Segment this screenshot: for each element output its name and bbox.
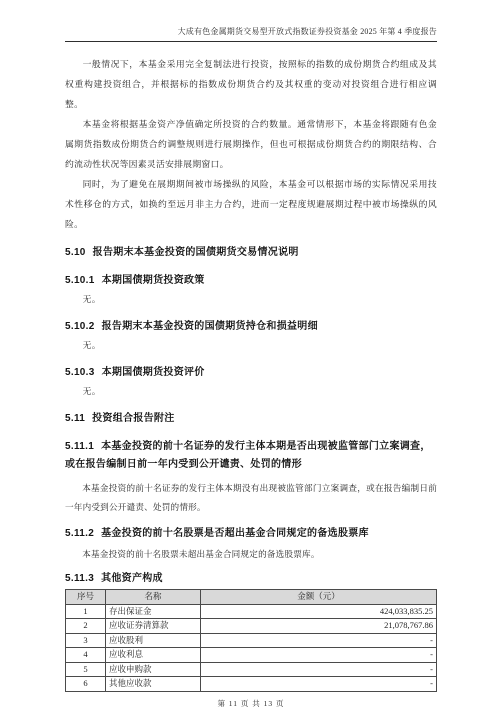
report-page: 大成有色金属期货交易型开放式指数证券投资基金 2025 年第 4 季度报告 一般… [0, 0, 500, 707]
cell-name: 应收申购款 [106, 662, 201, 677]
cell-name: 应收股利 [106, 633, 201, 648]
section-heading-5-10: 5.10报告期末本基金投资的国债期货交易情况说明 [65, 246, 437, 260]
section-title: 投资组合报告附注 [92, 413, 174, 424]
paragraph-contract-quantity: 本基金将根据基金资产净值确定所投资的合约数量。通常情形下，本基金将跟随有色金属期… [65, 114, 437, 174]
other-assets-table: 序号 名称 金额（元） 1 存出保证金 424,033,835.25 2 应收证… [65, 589, 437, 692]
section-title: 报告期末本基金投资的国债期货持仓和损益明细 [102, 321, 318, 332]
table-row: 4 应收利息 - [66, 648, 437, 663]
section-number: 5.10.2 [65, 321, 95, 332]
section-number: 5.10.1 [65, 275, 95, 286]
cell-seq: 6 [66, 677, 106, 692]
section-body-5-11-1: 本基金投资的前十名证券的发行主体本期没有出现被监管部门立案调查，或在报告编制日前… [65, 479, 437, 517]
section-body-5-10-1: 无。 [65, 293, 437, 306]
section-heading-5-11-3: 5.11.3其他资产构成 [65, 572, 437, 586]
page-content: 大成有色金属期货交易型开放式指数证券投资基金 2025 年第 4 季度报告 一般… [0, 0, 500, 707]
table-row: 6 其他应收款 - [66, 677, 437, 692]
section-title: 本期国债期货投资评价 [102, 367, 205, 378]
section-number: 5.10 [65, 247, 86, 258]
cell-amount: - [201, 648, 437, 663]
section-heading-5-11-1: 5.11.1本基金投资的前十名证券的发行主体本期是否出现被监管部门立案调查，或在… [65, 438, 437, 474]
cell-name: 其他应收款 [106, 677, 201, 692]
page-footer: 第 11 页 共 13 页 [65, 698, 437, 707]
cell-amount: - [201, 633, 437, 648]
cell-name: 存出保证金 [106, 604, 201, 619]
section-body-5-11-2: 本基金投资的前十名股票未超出基金合同规定的备选股票库。 [65, 545, 437, 564]
section-number: 5.11.3 [65, 573, 94, 584]
section-title: 本基金投资的前十名证券的发行主体本期是否出现被监管部门立案调查，或在报告编制日前… [65, 441, 431, 470]
section-number: 5.11.1 [65, 441, 94, 452]
section-title: 报告期末本基金投资的国债期货交易情况说明 [93, 247, 299, 258]
cell-amount: 424,033,835.25 [201, 604, 437, 619]
header-cell-seq: 序号 [66, 590, 106, 605]
table-row: 3 应收股利 - [66, 633, 437, 648]
section-heading-5-10-2: 5.10.2报告期末本基金投资的国债期货持仓和损益明细 [65, 320, 437, 334]
section-number: 5.10.3 [65, 367, 95, 378]
section-number: 5.11.2 [65, 528, 94, 539]
cell-amount: - [201, 662, 437, 677]
section-title: 其他资产构成 [101, 573, 163, 584]
header-cell-name: 名称 [106, 590, 201, 605]
section-heading-5-11-2: 5.11.2基金投资的前十名股票是否超出基金合同规定的备选股票库 [65, 527, 437, 541]
section-heading-5-11: 5.11投资组合报告附注 [65, 412, 437, 426]
section-title: 基金投资的前十名股票是否超出基金合同规定的备选股票库 [101, 528, 369, 539]
report-header-title: 大成有色金属期货交易型开放式指数证券投资基金 2025 年第 4 季度报告 [65, 26, 437, 42]
section-title: 本期国债期货投资政策 [102, 275, 205, 286]
paragraph-rollover-risk: 同时，为了避免在展期期间被市场操纵的风险，本基金可以根据市场的实际情况采用技术性… [65, 174, 437, 234]
cell-seq: 1 [66, 604, 106, 619]
table-row: 5 应收申购款 - [66, 662, 437, 677]
cell-name: 应收利息 [106, 648, 201, 663]
section-heading-5-10-1: 5.10.1本期国债期货投资政策 [65, 274, 437, 288]
cell-name: 应收证券清算款 [106, 619, 201, 634]
section-heading-5-10-3: 5.10.3本期国债期货投资评价 [65, 366, 437, 380]
section-body-5-10-3: 无。 [65, 385, 437, 398]
cell-seq: 5 [66, 662, 106, 677]
cell-amount: 21,078,767.86 [201, 619, 437, 634]
table-header-row: 序号 名称 金额（元） [66, 590, 437, 605]
section-body-5-10-2: 无。 [65, 339, 437, 352]
cell-seq: 4 [66, 648, 106, 663]
cell-seq: 3 [66, 633, 106, 648]
cell-amount: - [201, 677, 437, 692]
paragraph-replication-method: 一般情况下，本基金采用完全复制法进行投资，按照标的指数的成份期货合约组成及其权重… [65, 54, 437, 114]
header-cell-amount: 金额（元） [201, 590, 437, 605]
table-row: 2 应收证券清算款 21,078,767.86 [66, 619, 437, 634]
table-row: 1 存出保证金 424,033,835.25 [66, 604, 437, 619]
cell-seq: 2 [66, 619, 106, 634]
section-number: 5.11 [65, 413, 85, 424]
